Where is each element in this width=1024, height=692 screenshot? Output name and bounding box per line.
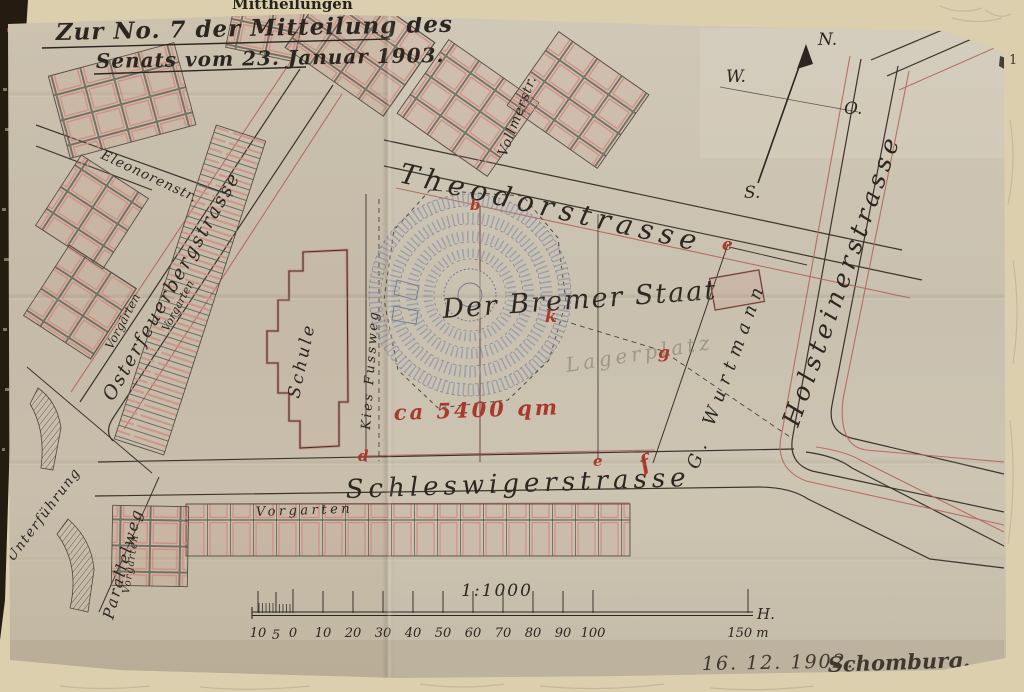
printed-page-header-fragment: Mittheilungen xyxy=(232,0,353,13)
marker-b: b xyxy=(470,196,481,214)
top-right-light xyxy=(700,28,1006,158)
scale-tick: 60 xyxy=(465,626,482,641)
scale-tick: 70 xyxy=(495,626,512,641)
compass-north-label: N. xyxy=(817,30,837,50)
marker-k: k xyxy=(545,307,557,327)
scale-tick: 80 xyxy=(525,626,542,641)
scale-tick-last: 150 m xyxy=(727,626,768,641)
scale-ratio: 1:1000 xyxy=(461,581,533,601)
scale-tick: 10 xyxy=(315,626,332,641)
map-scene: Mittheilungen 1 xyxy=(0,0,1024,692)
crease-middle xyxy=(8,293,1004,302)
map-sheet: Theodorstrasse Schleswigerstrasse Holste… xyxy=(0,0,1024,692)
marker-e-top: e xyxy=(722,235,733,255)
crease-lower xyxy=(8,459,1004,467)
vorgarten-strip xyxy=(186,504,630,520)
crease-top xyxy=(8,91,388,99)
scale-tick: 20 xyxy=(344,626,362,641)
scale-tick: 50 xyxy=(435,626,452,641)
scale-end-mark: H. xyxy=(756,605,775,623)
scale-tick: 40 xyxy=(404,626,422,641)
photographed-map-page: Mittheilungen 1 xyxy=(0,0,1024,692)
crease-bottom xyxy=(8,556,1004,563)
compass-west-label: W. xyxy=(726,67,746,87)
scale-tick: 0 xyxy=(289,626,297,641)
scale-tick: 90 xyxy=(555,626,572,641)
rowhouse-strip-schleswiger xyxy=(186,520,630,556)
scale-tick: 100 xyxy=(581,626,606,641)
marker-g: g xyxy=(658,343,670,363)
vertical-fold xyxy=(382,14,395,678)
page-number-fragment: 1 xyxy=(1009,53,1017,68)
compass-south-label: S. xyxy=(744,183,760,203)
scale-tick: 10 xyxy=(250,626,267,641)
compass-east-label: O. xyxy=(844,99,862,119)
